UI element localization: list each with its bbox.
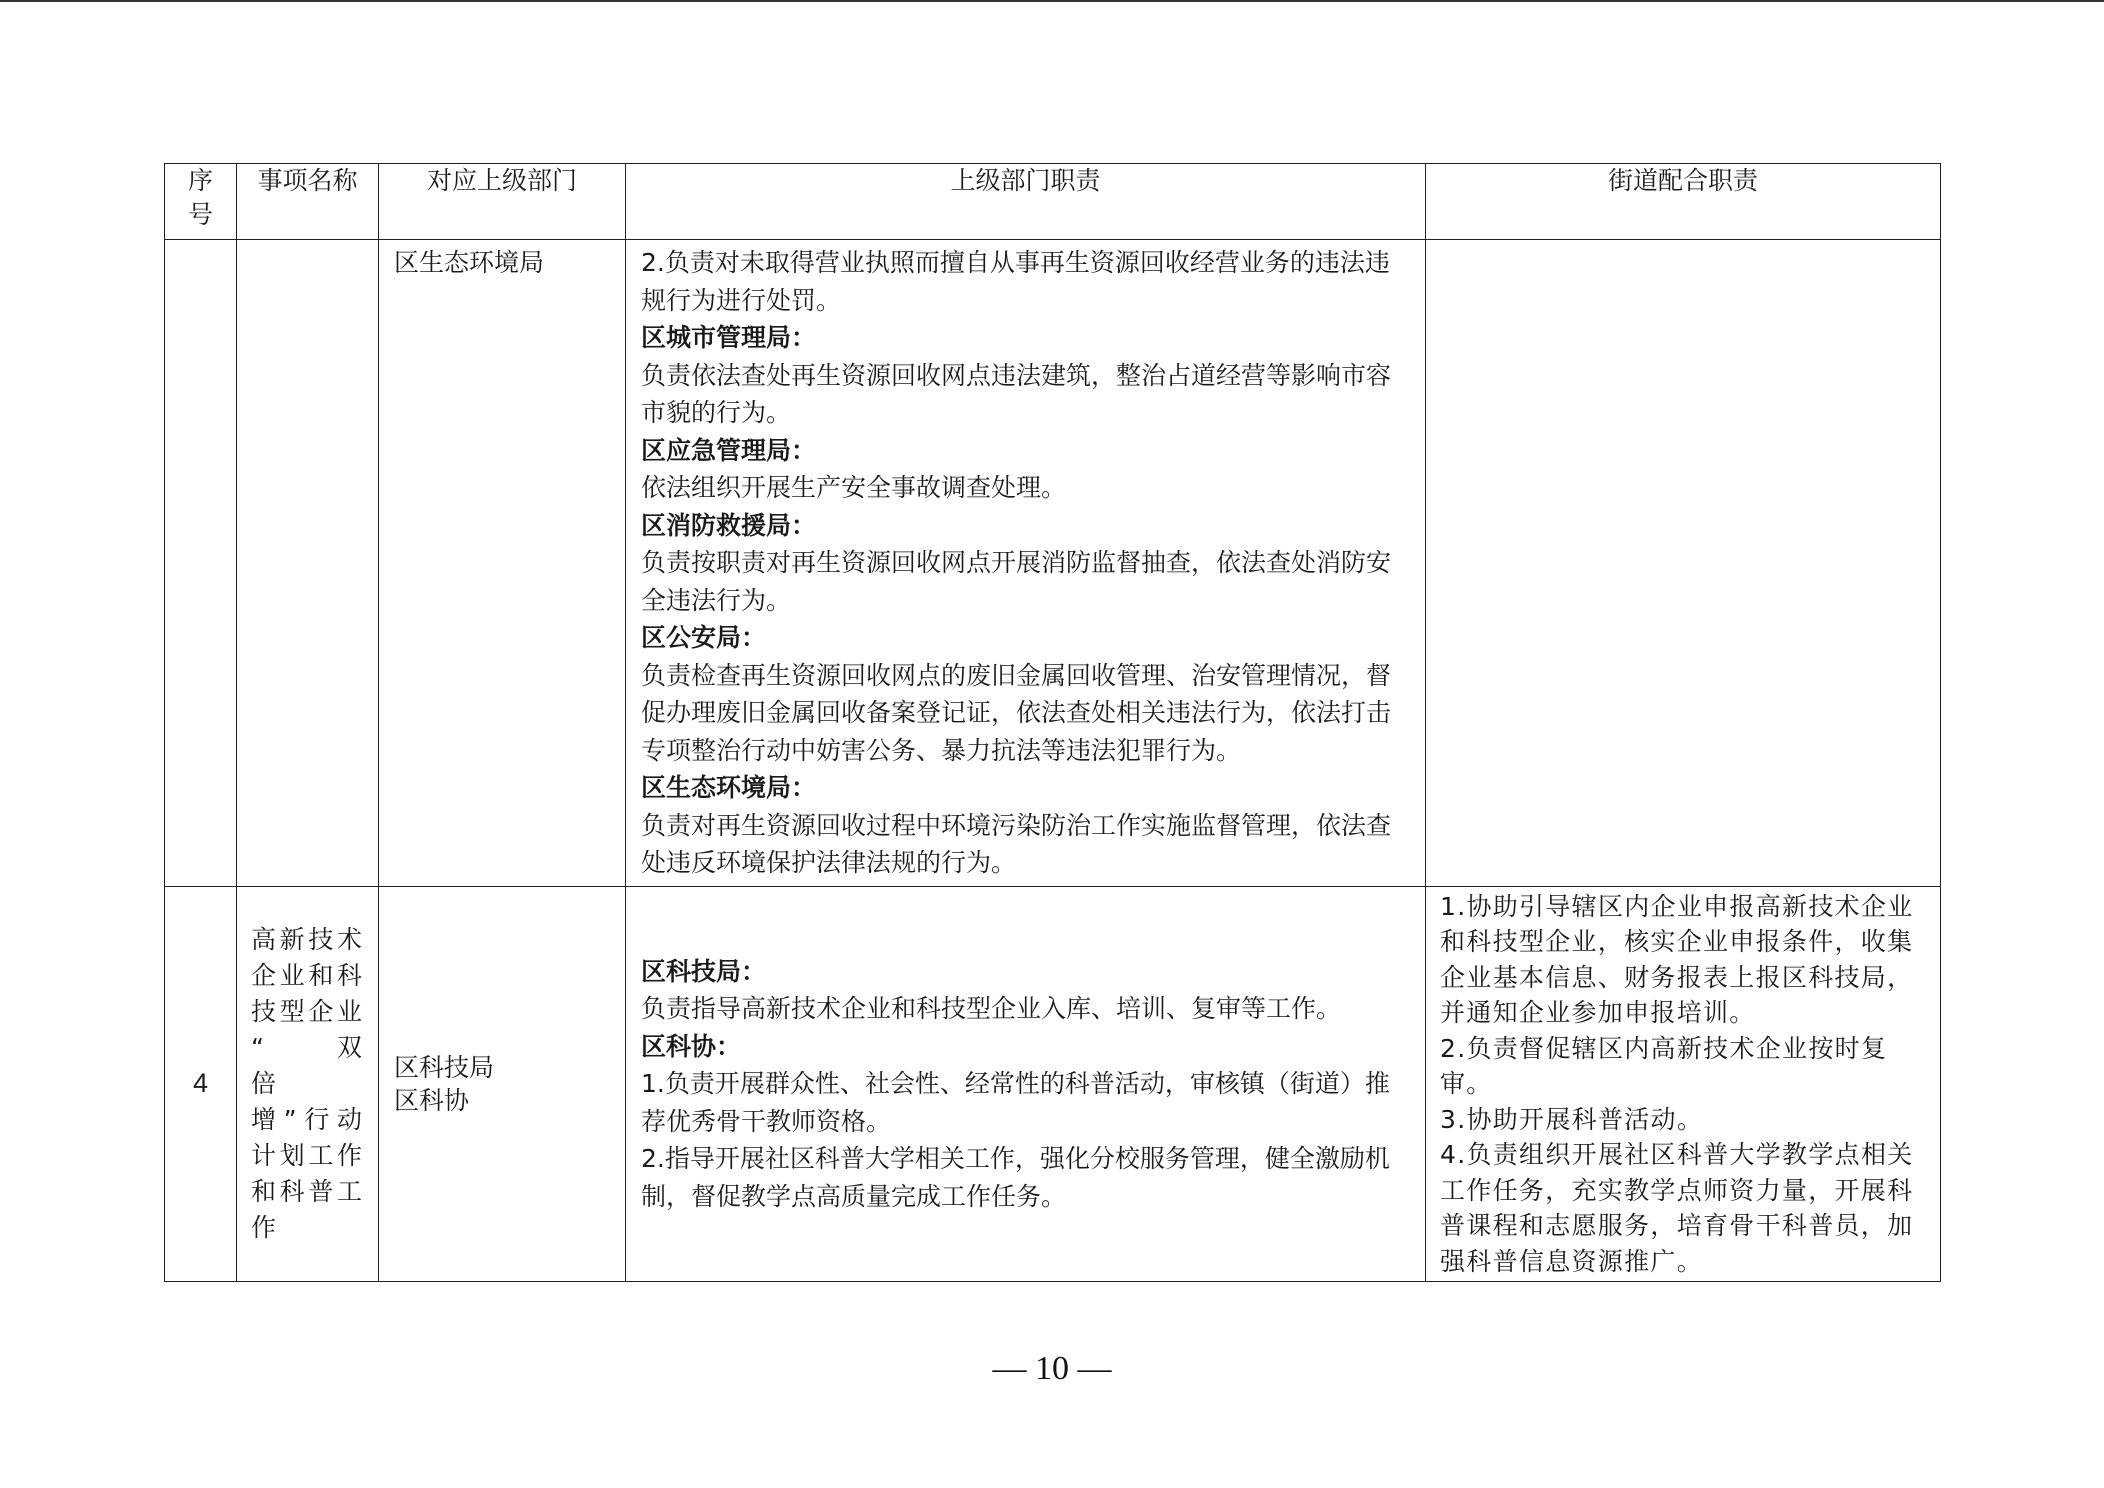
item-name-line: 企业和科	[251, 958, 364, 994]
page-number: — 10 —	[0, 1350, 2104, 1388]
header-seq: 序 号	[165, 164, 237, 240]
upper-duty-content: 区科技局： 负责指导高新技术企业和科技型企业入库、培训、复审等工作。 区科协： …	[626, 949, 1425, 1220]
item-name-line: “ 双 倍	[251, 1030, 364, 1102]
street-duty-content: 1.协助引导辖区内企业申报高新技术企业和科技型企业，核实企业申报条件，收集企业基…	[1426, 887, 1940, 1282]
table-row: 4 高新技术 企业和科 技型企业 “ 双 倍 增”行动 计划工作 和科普工 作 …	[165, 886, 1941, 1282]
duty-paragraph: 2.指导开展社区科普大学相关工作，强化分校服务管理，健全激励机制，督促教学点高质…	[641, 1140, 1413, 1215]
header-upper-dept: 对应上级部门	[379, 164, 626, 240]
upper-duty-content: 2.负责对未取得营业执照而擅自从事再生资源回收经营业务的违法违规行为进行处罚。 …	[626, 240, 1425, 886]
dept-heading: 区公安局：	[641, 619, 1413, 657]
cell-upper-duty: 2.负责对未取得营业执照而擅自从事再生资源回收经营业务的违法违规行为进行处罚。 …	[626, 240, 1426, 887]
dept-heading: 区科协：	[641, 1028, 1413, 1066]
header-street-duty: 街道配合职责	[1426, 164, 1941, 240]
street-duty-item: 4.负责组织开展社区科普大学教学点相关工作任务，充实教学点师资力量，开展科普课程…	[1440, 1137, 1928, 1279]
dept-heading: 区消防救援局：	[641, 507, 1413, 545]
upper-dept-line: 区科技局	[394, 1051, 617, 1084]
cell-street-duty: 1.协助引导辖区内企业申报高新技术企业和科技型企业，核实企业申报条件，收集企业基…	[1426, 886, 1941, 1282]
item-name-line: 作	[251, 1210, 364, 1246]
cell-item-name	[237, 240, 379, 887]
dept-heading: 区城市管理局：	[641, 319, 1413, 357]
cell-street-duty	[1426, 240, 1941, 887]
dept-heading: 区生态环境局：	[641, 769, 1413, 807]
cell-upper-dept: 区科技局 区科协	[379, 886, 626, 1282]
cell-upper-duty: 区科技局： 负责指导高新技术企业和科技型企业入库、培训、复审等工作。 区科协： …	[626, 886, 1426, 1282]
duty-paragraph: 1.负责开展群众性、社会性、经常性的科普活动，审核镇（街道）推荐优秀骨干教师资格…	[641, 1065, 1413, 1140]
duty-paragraph: 2.负责对未取得营业执照而擅自从事再生资源回收经营业务的违法违规行为进行处罚。	[641, 244, 1413, 319]
header-upper-duty: 上级部门职责	[626, 164, 1426, 240]
street-duty-item: 1.协助引导辖区内企业申报高新技术企业和科技型企业，核实企业申报条件，收集企业基…	[1440, 889, 1928, 1031]
header-seq-line1: 序	[165, 164, 236, 198]
item-name-line: 增”行动	[251, 1102, 364, 1138]
duty-paragraph: 负责按职责对再生资源回收网点开展消防监督抽查，依法查处消防安全违法行为。	[641, 544, 1413, 619]
page-top-rule	[0, 0, 2104, 2]
item-name-line: 计划工作	[251, 1138, 364, 1174]
duty-paragraph: 负责指导高新技术企业和科技型企业入库、培训、复审等工作。	[641, 990, 1413, 1028]
duty-table: 序 号 事项名称 对应上级部门 上级部门职责 街道配合职责 区生态环境局 2.负…	[164, 163, 1941, 1282]
street-duty-item: 3.协助开展科普活动。	[1440, 1102, 1928, 1138]
upper-dept-text: 区科技局 区科协	[379, 1047, 625, 1121]
dept-heading: 区应急管理局：	[641, 432, 1413, 470]
header-item-name: 事项名称	[237, 164, 379, 240]
cell-upper-dept: 区生态环境局	[379, 240, 626, 887]
header-seq-line2: 号	[165, 198, 236, 232]
street-duty-item: 2.负责督促辖区内高新技术企业按时复审。	[1440, 1031, 1928, 1102]
dept-heading: 区科技局：	[641, 953, 1413, 991]
upper-dept-line: 区科协	[394, 1084, 617, 1117]
duty-paragraph: 负责对再生资源回收过程中环境污染防治工作实施监督管理，依法查处违反环境保护法律法…	[641, 807, 1413, 882]
duty-paragraph: 负责依法查处再生资源回收网点违法建筑，整治占道经营等影响市容市貌的行为。	[641, 357, 1413, 432]
item-name-line: 和科普工	[251, 1174, 364, 1210]
cell-seq	[165, 240, 237, 887]
duty-paragraph: 负责检查再生资源回收网点的废旧金属回收管理、治安管理情况，督促办理废旧金属回收备…	[641, 657, 1413, 770]
table-header-row: 序 号 事项名称 对应上级部门 上级部门职责 街道配合职责	[165, 164, 1941, 240]
cell-seq: 4	[165, 886, 237, 1282]
cell-item-name: 高新技术 企业和科 技型企业 “ 双 倍 增”行动 计划工作 和科普工 作	[237, 886, 379, 1282]
item-name-line: 高新技术	[251, 922, 364, 958]
item-name-text: 高新技术 企业和科 技型企业 “ 双 倍 增”行动 计划工作 和科普工 作	[237, 922, 378, 1246]
upper-dept-text: 区生态环境局	[379, 240, 625, 286]
duty-paragraph: 依法组织开展生产安全事故调查处理。	[641, 469, 1413, 507]
item-name-line: 技型企业	[251, 994, 364, 1030]
table-row: 区生态环境局 2.负责对未取得营业执照而擅自从事再生资源回收经营业务的违法违规行…	[165, 240, 1941, 887]
